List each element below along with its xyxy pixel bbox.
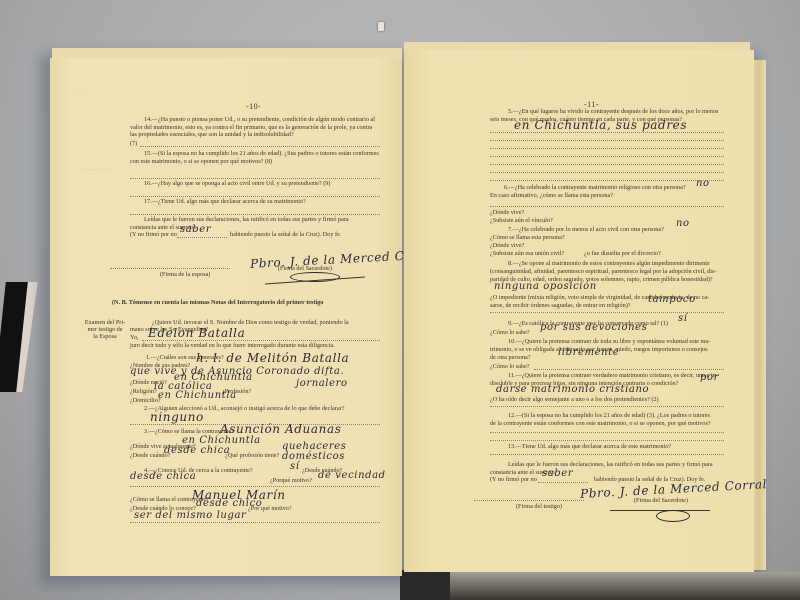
question-4-answer: sí [290, 461, 300, 472]
bond-label: ¿Subsiste aún el vínculo? [490, 217, 553, 225]
question-2-answer: ninguno [150, 410, 204, 424]
question-11: ¿O ha oído decir algo semejante a uno o … [490, 396, 659, 404]
union-label: ¿Subsiste aún esa unión civil? [490, 250, 564, 258]
question-12: de la contrayente están conformes con es… [490, 420, 711, 428]
question-10-answer: libremente [558, 347, 619, 358]
handwritten-answer: saber [180, 224, 211, 235]
right-page-stack [752, 60, 766, 570]
question-8: 8.—¿Se opone al matrimonio de estos cont… [508, 260, 710, 268]
closing-text: Leídas que le fueron sus declaraciones, … [144, 216, 349, 224]
divorce-label: ¿o fue disuelta por el divorcio? [584, 250, 661, 258]
witness-name: Edelon Batalla [148, 326, 245, 340]
question-14: 14.—¿Ha puesto o piensa poner Ud., o su … [130, 116, 380, 139]
name-label: ¿Cómo se llama esta persona? [490, 234, 565, 242]
question-5: 5.—¿En qué lugares ha vivido la contraye… [508, 108, 718, 116]
religion-label: ¿Religión? [130, 388, 157, 396]
bride-profession-label: ¿Qué profesión tiene? [225, 452, 279, 460]
question-11: 11.—¿Quiere la pretensa contraer verdade… [508, 372, 718, 380]
closing-text: (Y no firmó por no [130, 231, 177, 239]
since-answer: desde chica [164, 445, 230, 456]
question-8-answer: tampoco [648, 294, 696, 305]
closing-text: Leídas que le fueron sus declaraciones, … [508, 461, 713, 469]
question-13: 13.—Tiene Ud. algo más que declarar acer… [508, 443, 671, 451]
reason-label: ¿Porqué motivo? [270, 477, 312, 485]
question-11-answer: por [700, 372, 719, 383]
book-spine [400, 570, 450, 600]
groom-reason-answer: ser del mismo lugar [134, 510, 384, 521]
bride-name: Asunción Aduanas [220, 422, 341, 436]
question-16: 16.—¿Hay algo que se oponga al acto civi… [144, 180, 330, 188]
question-7: 7.—¿Ha celebrado por lo menos el acto ci… [508, 226, 664, 234]
question-7-answer: no [676, 218, 690, 229]
where-label: ¿Dónde vive? [490, 242, 524, 250]
footnote-7: (7) [130, 140, 137, 148]
question-9-answer: sí [678, 313, 688, 324]
domicile-label: ¿Domicilio? [130, 397, 161, 405]
question-8-answer: ninguna oposición [494, 281, 597, 292]
question-11-answer: darse matrimonio cristiano [496, 384, 649, 395]
domicile-answer: en Chichuntla [158, 390, 237, 401]
question-8: (consanguinidad, afinidad, parentesco es… [490, 268, 716, 276]
right-page: ·· ··· ··· · -11- 5.—¿En qué lugares ha … [404, 50, 754, 572]
witness-signature-label: (Firma del testigo) [516, 503, 562, 511]
closing-text: habiendo puesto la señal de la Cruz). Do… [230, 231, 341, 239]
bride-profession-answer: quehaceres domésticos [282, 442, 382, 462]
priest-signature-label: (Firma del Sacerdote) [634, 497, 688, 505]
question-5-answer: en Chichuntla, sus padres [514, 118, 687, 132]
oath-yo-label: Yo, [130, 334, 139, 342]
cloth-under-book [400, 572, 800, 600]
question-8: sarse, de recibir órdenes sagradas, de e… [490, 302, 631, 310]
nb-note: (N. B. Tómense en cuenta las mismas Nota… [112, 299, 323, 307]
oath-text: juro decir todo y sólo la verdad en lo q… [130, 342, 335, 350]
question-10: 10.—¿Quiere la pretensa contraer de toda… [508, 338, 710, 346]
question-12: 12.—(Si la esposa no ha cumplido los 21 … [508, 412, 710, 420]
page-number: -10- [246, 102, 261, 111]
pushpin [378, 22, 384, 31]
where-label: ¿Dónde vive? [490, 209, 524, 217]
parents-answer: h. l. de Melitón Batalla [196, 351, 349, 365]
question-15: 15.—(Si la esposa no ha cumplido los 21 … [130, 150, 380, 165]
since-answer: desde chica [130, 471, 196, 482]
question-17: 17.—¿Tiene Ud. algo más que declarar ace… [144, 198, 306, 206]
handwritten-answer: saber [542, 468, 573, 479]
how-label: ¿Cómo lo sabe? [490, 329, 530, 337]
question-6-answer: no [696, 178, 710, 189]
signature-flourish [656, 510, 690, 522]
spouse-signature-label: (Firma de la esposa) [160, 271, 210, 279]
how-label: ¿Cómo lo sabe? [490, 363, 530, 371]
closing-text: (Y no firmó por no [490, 476, 537, 484]
question-9-how-answer: por sus devociones [540, 322, 647, 333]
reason-answer: de vecindad [318, 470, 386, 481]
left-page: . . . . ~~ ~~~~ ~~ -10- 14.—¿Ha puesto o… [50, 58, 402, 576]
question-6: En caso afirmativo, ¿cómo se llama esta … [490, 192, 613, 200]
profession-answer: jornalero [296, 378, 348, 389]
question-10: de otra persona? [490, 354, 531, 362]
question-6: 6.—¿Ha celebrado la contrayente matrimon… [504, 184, 686, 192]
signature-flourish [290, 272, 340, 282]
